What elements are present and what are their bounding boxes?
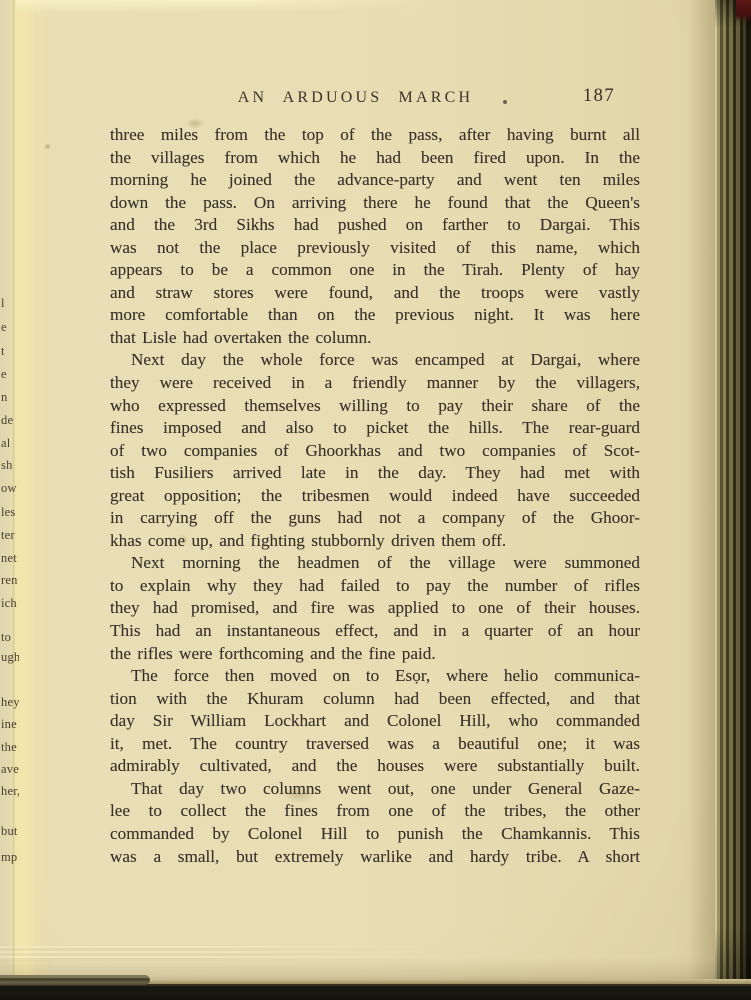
margin-text-fragment: but [1, 824, 19, 838]
text-line: appears to be a common one in the Tirah.… [110, 259, 640, 282]
margin-text-fragment: mp [1, 850, 19, 864]
page-number: 187 [575, 86, 623, 107]
margin-text-fragment: the [1, 740, 19, 754]
text-line: it, met. The country traversed was a bea… [110, 733, 640, 756]
margin-text-fragment: ich [1, 596, 19, 610]
text-line: great opposition; the tribesmen would in… [110, 485, 640, 508]
margin-text-fragment: net [1, 551, 19, 565]
top-page-edge-highlight [16, 0, 446, 14]
text-line: the rifles were forthcoming and the fine… [110, 643, 640, 666]
margin-text-fragment: e [1, 320, 19, 334]
running-head-title: AN ARDUOUS MARCH [111, 89, 600, 107]
margin-text-fragment: ave [1, 762, 19, 776]
text-line: commanded by Colonel Hill to punish the … [110, 823, 640, 846]
book-cover-corner [736, 0, 751, 22]
text-line: who expressed themselves willing to pay … [110, 395, 640, 418]
page-stack-fore-edge [715, 0, 751, 985]
margin-text-fragment: n [1, 390, 19, 404]
margin-text-fragment: l [1, 296, 19, 310]
text-line: lee to collect the fines from one of the… [110, 800, 640, 823]
margin-text-fragment: e [1, 367, 19, 381]
text-block: three miles from the top of the pass, af… [110, 124, 640, 868]
text-line: day Sir William Lockhart and Colonel Hil… [110, 710, 640, 733]
text-line: was a small, but extremely warlike and h… [110, 846, 640, 869]
text-line: admirably cultivated, and the houses wer… [110, 755, 640, 778]
margin-text-fragment: les [1, 505, 19, 519]
text-line: tish Fusiliers arrived late in the day. … [110, 462, 640, 485]
text-line: and the 3rd Sikhs had pushed on farther … [110, 214, 640, 237]
text-line: fines imposed and also to picket the hil… [110, 417, 640, 440]
text-line: This had an instantaneous effect, and in… [110, 620, 640, 643]
margin-text-fragment: ter [1, 528, 19, 542]
ink-speck [503, 100, 507, 104]
text-line: they were received in a friendly manner … [110, 372, 640, 395]
text-line: more comfortable than on the previous ni… [110, 304, 640, 327]
scanned-book-page-photo: letendealshowlesternetrenichtoughheyinet… [0, 0, 751, 1000]
text-line: khas come up, and fighting stubbornly dr… [110, 530, 640, 553]
margin-text-fragment: ren [1, 573, 19, 587]
text-line: The force then moved on to Esọr, where h… [110, 665, 640, 688]
fore-edge-shadow [689, 0, 715, 984]
text-line: down the pass. On arriving there he foun… [110, 192, 640, 215]
bottom-left-page-edges [0, 975, 150, 985]
margin-text-fragment: t [1, 344, 19, 358]
text-line: That day two columns went out, one under… [110, 778, 640, 801]
text-line: three miles from the top of the pass, af… [110, 124, 640, 147]
text-line: tion with the Khuram column had been eff… [110, 688, 640, 711]
text-line: that Lisle had overtaken the column. [110, 327, 640, 350]
text-line: to explain why they had failed to pay th… [110, 575, 640, 598]
text-line: Next morning the headmen of the village … [110, 552, 640, 575]
margin-text-fragment: al [1, 436, 19, 450]
text-line: Next day the whole force was encamped at… [110, 349, 640, 372]
margin-text-fragment: to [1, 630, 19, 644]
background-below-book [0, 984, 751, 1000]
margin-text-fragment: ugh [1, 650, 19, 664]
text-line: morning he joined the advance-party and … [110, 169, 640, 192]
margin-text-fragment: ow [1, 481, 19, 495]
text-line: they had promised, and fire was applied … [110, 597, 640, 620]
text-line: in carrying off the guns had not a compa… [110, 507, 640, 530]
text-line: and straw stores were found, and the tro… [110, 282, 640, 305]
text-line: was not the place previously visited of … [110, 237, 640, 260]
margin-text-fragment: her, [1, 784, 19, 798]
margin-text-fragment: ine [1, 717, 19, 731]
text-line: the villages from which he had been fire… [110, 147, 640, 170]
text-line: of two companies of Ghoorkhas and two co… [110, 440, 640, 463]
margin-text-fragment: hey [1, 695, 19, 709]
margin-text-fragment: de [1, 413, 19, 427]
margin-text-fragment: sh [1, 458, 19, 472]
